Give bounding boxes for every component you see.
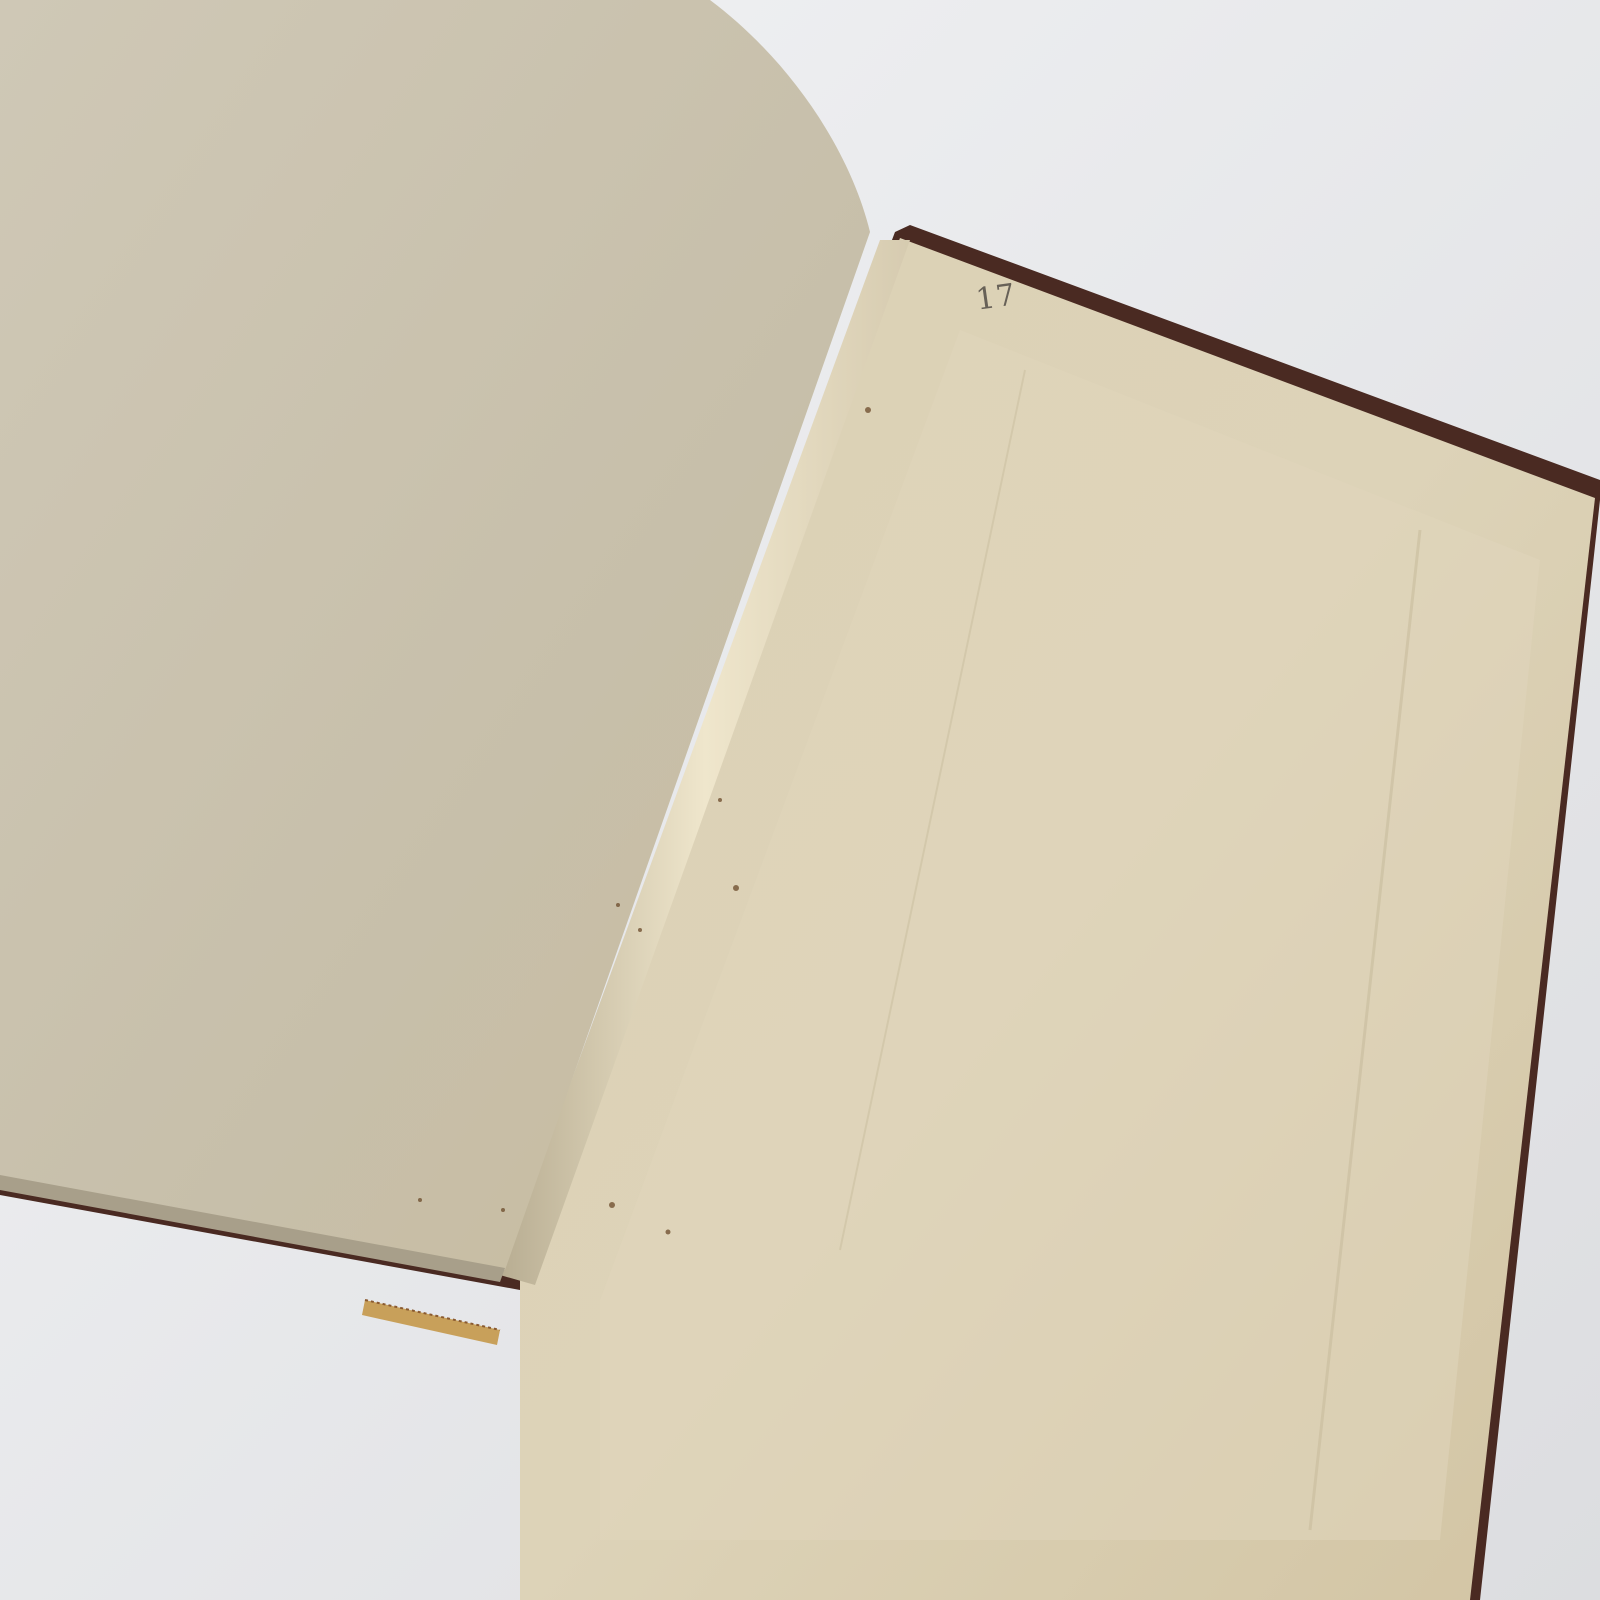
book-photo: 17: [0, 0, 1600, 1600]
open-book-illustration: [0, 0, 1600, 1600]
pencil-page-number: 17: [974, 277, 1019, 317]
